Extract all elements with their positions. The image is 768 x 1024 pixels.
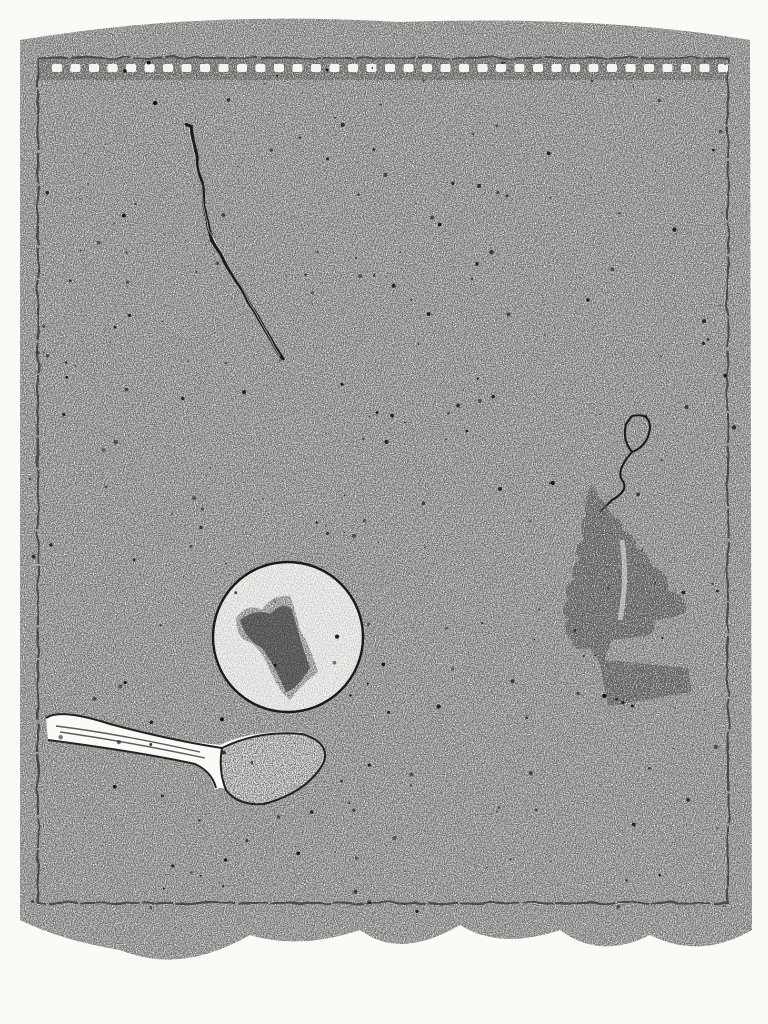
sprocket-strip [40, 58, 728, 80]
graphite-rubbing-artwork [0, 0, 768, 1024]
coin-disc [213, 562, 363, 712]
rubbed-area [20, 19, 752, 960]
